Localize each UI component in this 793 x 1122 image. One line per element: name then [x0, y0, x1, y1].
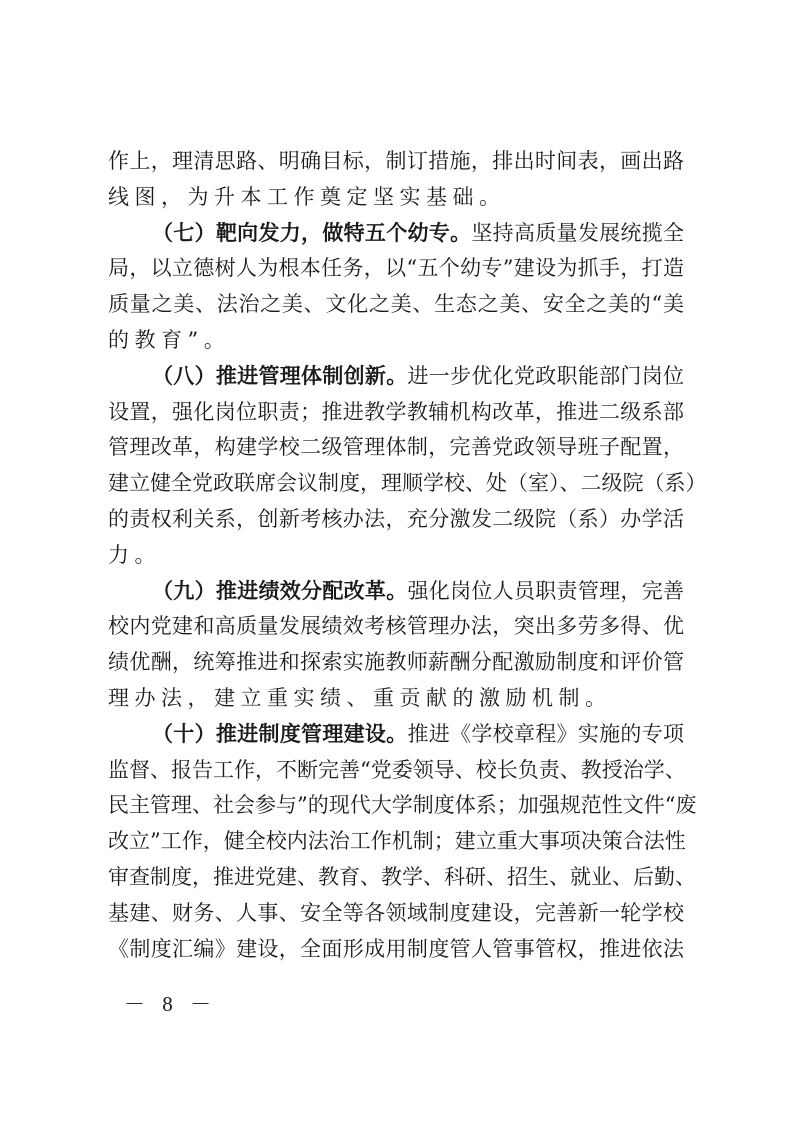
text-line: 设置，强化岗位职责；推进教学教辅机构改革，推进二级系部 [108, 395, 684, 431]
line-text: 改立”工作，健全校内法治工作机制；建立重大事项决策合法性 [108, 829, 686, 853]
page-number: － 8 － [124, 988, 217, 1018]
line-text: 民主管理、社会参与”的现代大学制度体系；加强规范性文件“废 [108, 793, 696, 817]
text-line: 局，以立德树人为根本任务，以“五个幼专”建设为抓手，打造 [108, 251, 684, 287]
line-text: 校内党建和高质量发展绩效考核管理办法，突出多劳多得、优 [108, 614, 684, 638]
text-line: 审查制度，推进党建、教育、教学、科研、招生、就业、后勤、 [108, 860, 684, 896]
text-line: 管理改革，构建学校二级管理体制，完善党政领导班子配置， [108, 430, 684, 466]
line-text: 建立健全党政联席会议制度，理顺学校、处（室）、二级院（系） [108, 471, 707, 495]
text-line: 作上，理清思路、明确目标，制订措施，排出时间表，画出路 [108, 144, 684, 180]
text-line: 改立”工作，健全校内法治工作机制；建立重大事项决策合法性 [108, 824, 684, 860]
section-heading-line-9: （九）推进绩效分配改革。强化岗位人员职责管理，完善 [108, 574, 684, 610]
line-text: 强化岗位人员职责管理，完善 [408, 579, 685, 603]
text-line: 的教育”。 [108, 323, 684, 359]
line-text: 线图，为升本工作奠定坚实基础。 [108, 185, 506, 209]
section-heading: （十）推进制度管理建设。 [152, 722, 408, 746]
section-heading-line-8: （八）推进管理体制创新。进一步优化党政职能部门岗位 [108, 359, 684, 395]
text-line: 监督、报告工作，不断完善“党委领导、校长负责、教授治学、 [108, 753, 684, 789]
line-text: 绩优酬，统筹推进和探索实施教师薪酬分配激励制度和评价管 [108, 650, 684, 674]
text-line: 基建、财务、人事、安全等各领域制度建设，完善新一轮学校 [108, 896, 684, 932]
section-heading-line-7: （七）靶向发力，做特五个幼专。坚持高质量发展统揽全 [108, 216, 684, 252]
line-text: 审查制度，推进党建、教育、教学、科研、招生、就业、后勤、 [108, 865, 696, 889]
line-text: 《制度汇编》建设，全面形成用制度管人管事管权，推进依法 [108, 937, 684, 961]
text-line: 民主管理、社会参与”的现代大学制度体系；加强规范性文件“废 [108, 788, 684, 824]
text-line: 《制度汇编》建设，全面形成用制度管人管事管权，推进依法 [108, 932, 684, 968]
line-text: 力。 [108, 543, 161, 567]
line-text: 推进《学校章程》实施的专项 [408, 722, 685, 746]
line-text: 的教育”。 [108, 328, 230, 352]
section-heading: （七）靶向发力，做特五个幼专。 [152, 221, 471, 245]
section-heading: （九）推进绩效分配改革。 [152, 579, 408, 603]
document-page: 作上，理清思路、明确目标，制订措施，排出时间表，画出路 线图，为升本工作奠定坚实… [0, 0, 793, 1122]
text-line: 线图，为升本工作奠定坚实基础。 [108, 180, 684, 216]
document-body: 作上，理清思路、明确目标，制订措施，排出时间表，画出路 线图，为升本工作奠定坚实… [108, 144, 684, 967]
line-text: 基建、财务、人事、安全等各领域制度建设，完善新一轮学校 [108, 901, 684, 925]
line-text: 设置，强化岗位职责；推进教学教辅机构改革，推进二级系部 [108, 400, 684, 424]
line-text: 局，以立德树人为根本任务，以“五个幼专”建设为抓手，打造 [108, 256, 684, 280]
line-text: 进一步优化党政职能部门岗位 [408, 364, 685, 388]
text-line: 绩优酬，统筹推进和探索实施教师薪酬分配激励制度和评价管 [108, 645, 684, 681]
line-text: 坚持高质量发展统揽全 [471, 221, 684, 245]
text-line: 的责权利关系，创新考核办法，充分激发二级院（系）办学活 [108, 502, 684, 538]
text-line: 质量之美、法治之美、文化之美、生态之美、安全之美的“美 [108, 287, 684, 323]
text-line: 校内党建和高质量发展绩效考核管理办法，突出多劳多得、优 [108, 609, 684, 645]
line-text: 监督、报告工作，不断完善“党委领导、校长负责、教授治学、 [108, 758, 686, 782]
text-line: 建立健全党政联席会议制度，理顺学校、处（室）、二级院（系） [108, 466, 684, 502]
line-text: 理办法，建立重实绩、重贡献的激励机制。 [108, 686, 612, 710]
section-heading-line-10: （十）推进制度管理建设。推进《学校章程》实施的专项 [108, 717, 684, 753]
line-text: 作上，理清思路、明确目标，制订措施，排出时间表，画出路 [108, 149, 684, 173]
text-line: 力。 [108, 538, 684, 574]
line-text: 的责权利关系，创新考核办法，充分激发二级院（系）办学活 [108, 507, 684, 531]
text-line: 理办法，建立重实绩、重贡献的激励机制。 [108, 681, 684, 717]
section-heading: （八）推进管理体制创新。 [152, 364, 408, 388]
line-text: 管理改革，构建学校二级管理体制，完善党政领导班子配置， [108, 435, 684, 459]
line-text: 质量之美、法治之美、文化之美、生态之美、安全之美的“美 [108, 292, 684, 316]
